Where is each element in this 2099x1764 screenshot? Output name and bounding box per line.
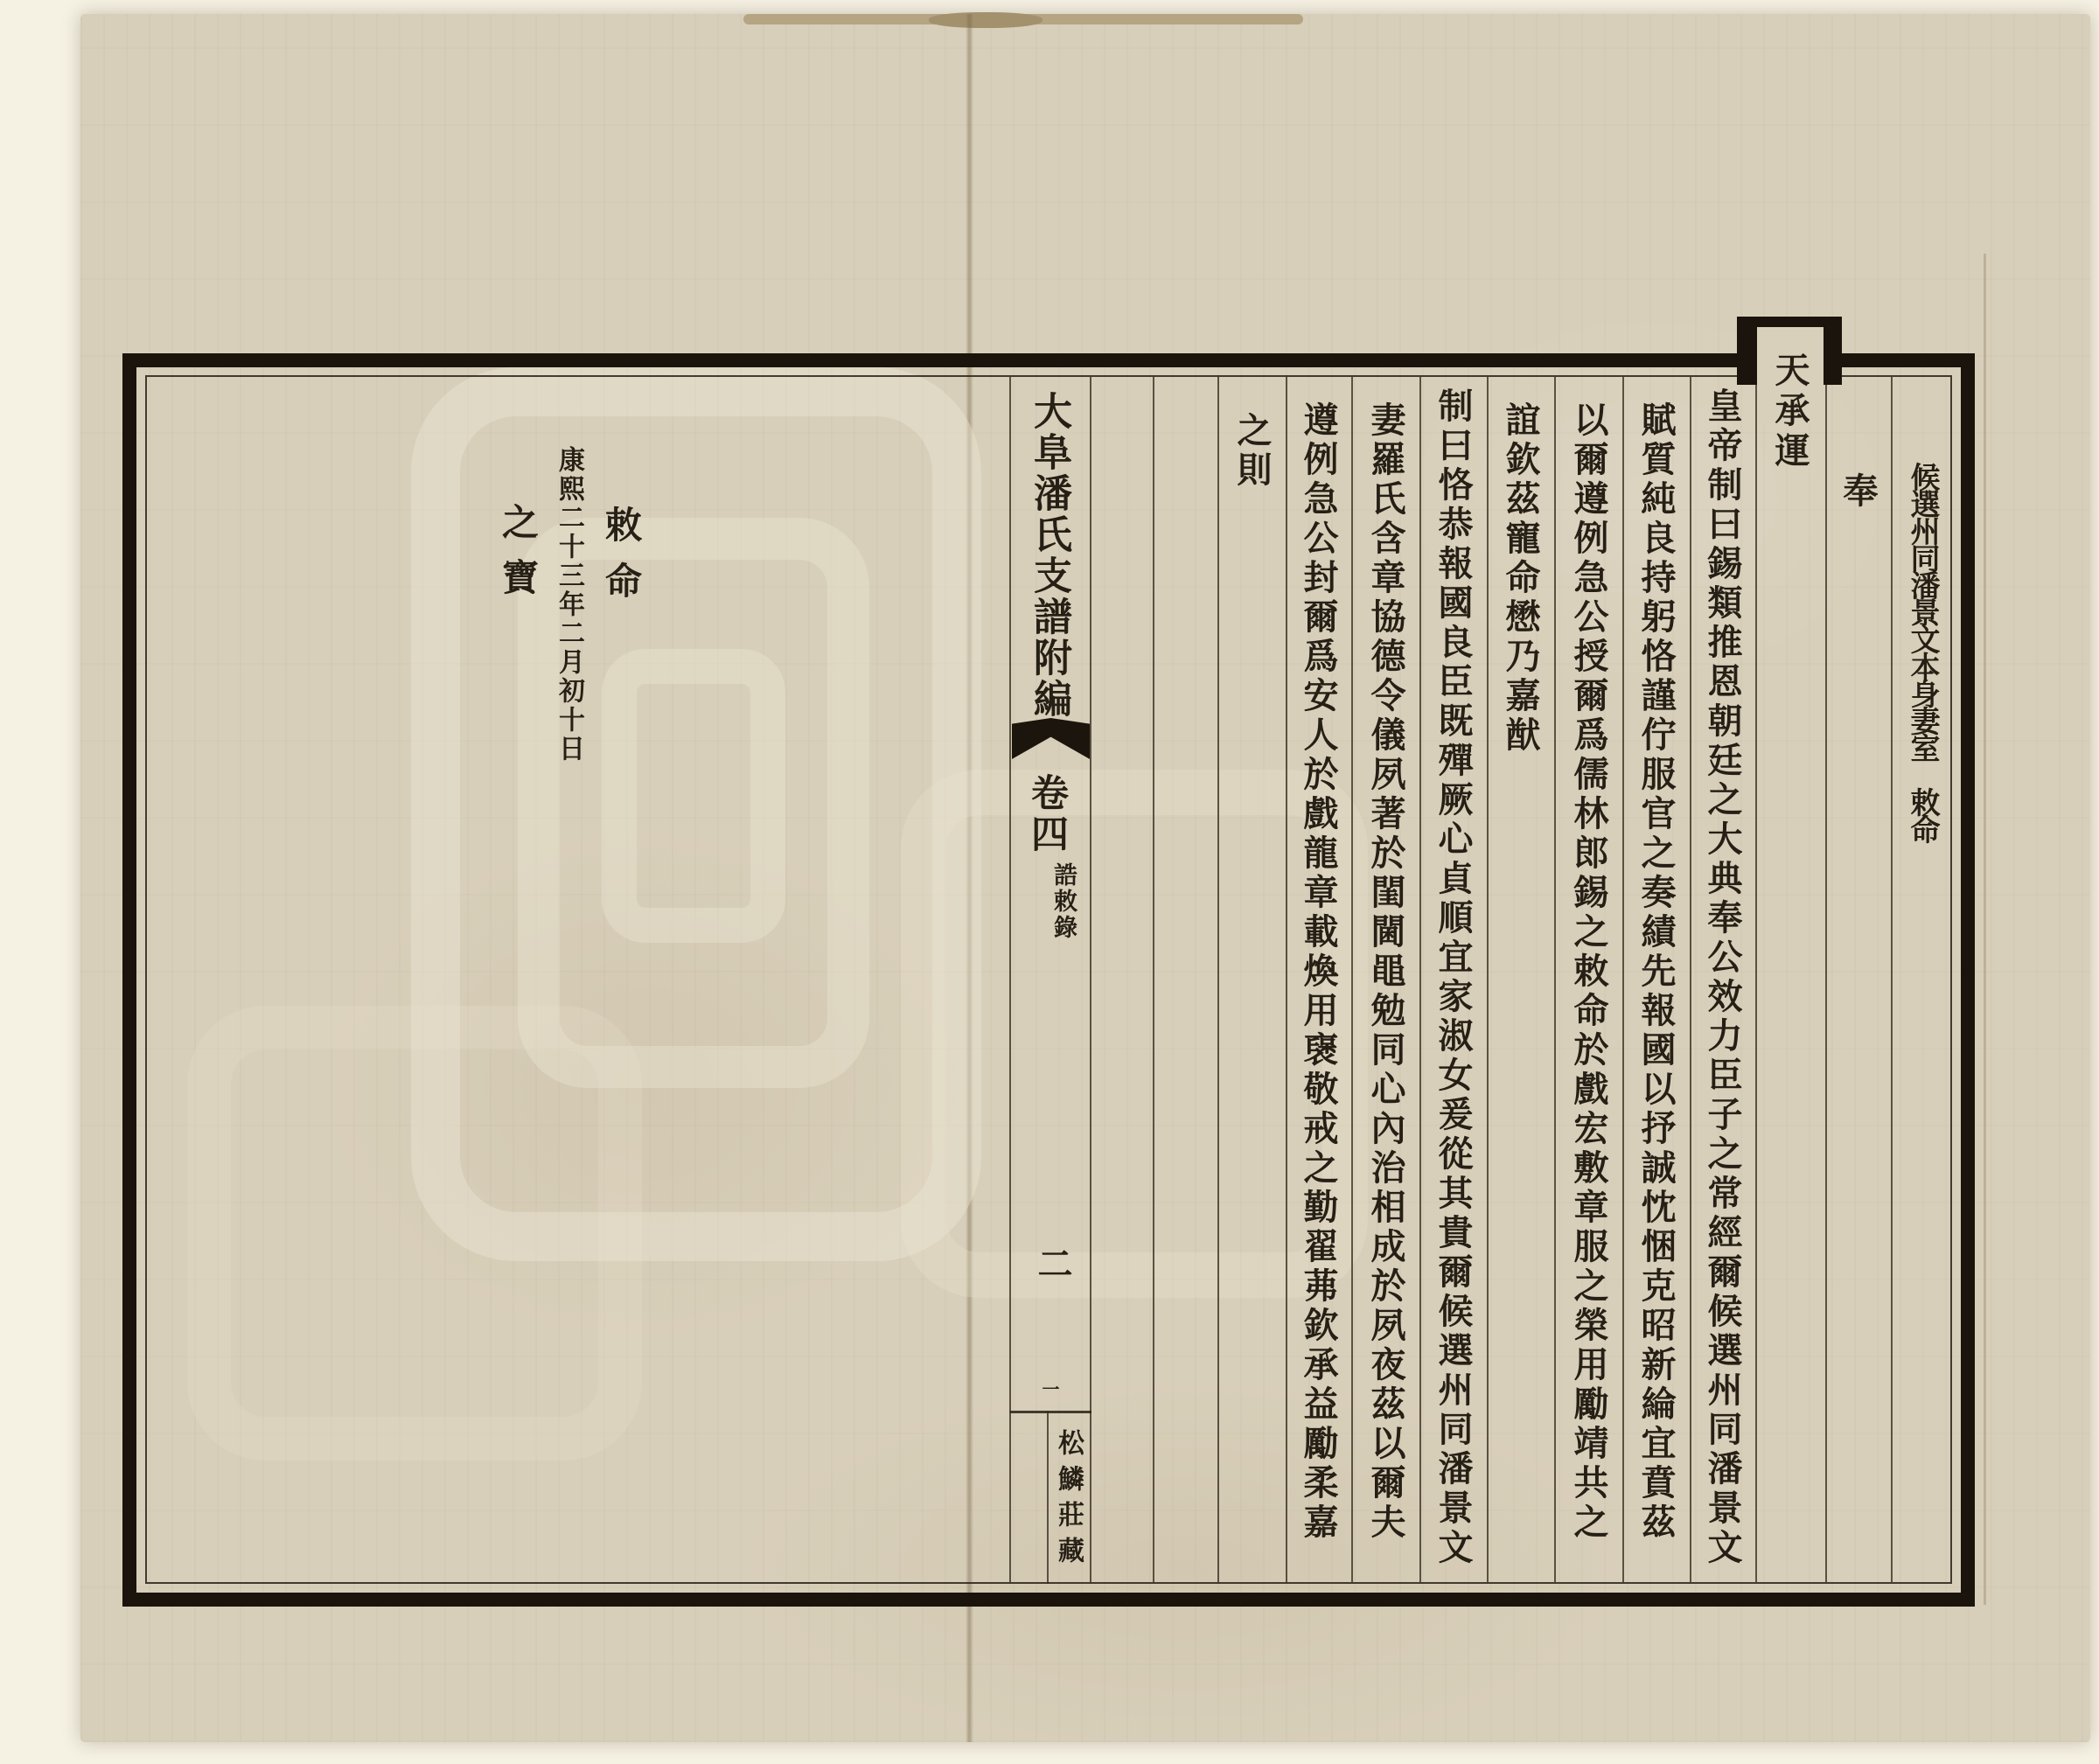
seal-text-right: 敕命	[603, 505, 639, 617]
edict-column: 誼欽茲寵命懋乃嘉猷	[1503, 401, 1538, 756]
edict-column: 賦質純良持躬恪謹佇服官之奏績先報國以抒誠忱悃克昭新綸宜賁茲	[1638, 401, 1673, 1543]
column-rule	[1755, 377, 1757, 1582]
column-rule	[1009, 377, 1011, 1582]
banxin-horizontal-rule	[1010, 1411, 1091, 1413]
column-rule	[1351, 377, 1353, 1582]
tian-cheng-yun-column: 天承運	[1772, 352, 1807, 472]
column-rule	[1217, 377, 1219, 1582]
edict-column: 之則	[1234, 412, 1269, 491]
column-rule	[1153, 377, 1154, 1582]
volume-number: 卷四	[1028, 773, 1065, 855]
banxin-divider-rule	[1047, 1411, 1049, 1584]
section-title: 誥敕錄	[1051, 862, 1075, 941]
feng-column: 奉	[1840, 472, 1875, 507]
binding-notch	[929, 12, 1043, 28]
column-rule	[1554, 377, 1556, 1582]
column-rule	[1090, 377, 1091, 1582]
edict-column: 妻羅氏含章協德令儀夙著於閨閫黽勉同心內治相成於夙夜茲以爾夫	[1368, 401, 1403, 1543]
underleaf-edge	[1984, 254, 1986, 1605]
column-rule	[1622, 377, 1624, 1582]
column-rule	[1286, 377, 1287, 1582]
seal-text-left: 之寶	[499, 503, 536, 613]
edict-date: 康熙二十三年二月初十日	[555, 446, 582, 763]
edict-column: 以爾遵例急公授爾爲儒林郎錫之敕命於戲宏敷章服之榮用勵靖共之	[1571, 401, 1606, 1543]
column-rule	[1690, 377, 1691, 1582]
edict-column: 遵例急公封爾爲安人於戲龍章載煥用襃敬戒之勤翟茀欽承益勵柔嘉	[1301, 401, 1335, 1543]
scanned-book-spread: 候選州同潘景文本身妻室 敕命 奉 天承運 皇帝制曰錫類推恩朝廷之大典奉公效力臣子…	[0, 0, 2099, 1764]
edict-column: 皇帝制曰錫類推恩朝廷之大典奉公效力臣子之常經爾候選州同潘景文	[1705, 387, 1740, 1568]
column-rule	[1419, 377, 1421, 1582]
recipient-column: 候選州同潘景文本身妻室 敕命	[1907, 462, 1937, 841]
column-rule	[1825, 377, 1827, 1582]
collection-mark: 松鱗莊藏	[1055, 1429, 1081, 1572]
book-title: 大阜潘氏支譜附編	[1029, 391, 1068, 720]
column-rule	[1487, 377, 1489, 1582]
column-rule	[1891, 377, 1893, 1582]
leaf-number: 二	[1035, 1245, 1070, 1280]
edict-column: 制曰恪恭報國良臣既殫厥心貞順宜家淑女爰從其貴爾候選州同潘景文	[1435, 387, 1470, 1568]
fold-mark: 一	[1041, 1380, 1058, 1398]
